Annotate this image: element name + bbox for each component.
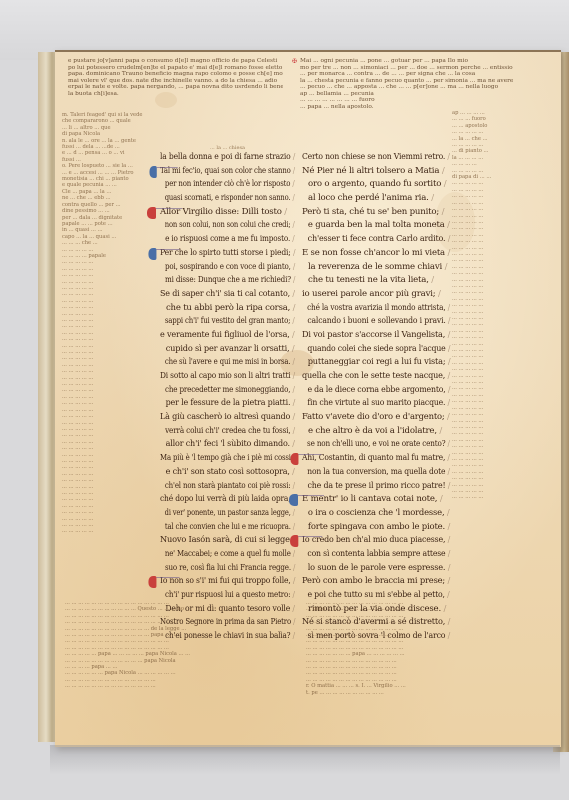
verse-text: ch'el non starà piantato coi piè rossi:: [165, 481, 291, 491]
verse-text: calcando i buoni e sollevando i pravi.: [307, 316, 445, 326]
verse-end-mark: /: [445, 590, 450, 600]
verse-line: cupido sì per avanzar li orsatti, /: [160, 343, 289, 357]
verse-text: o ira o coscienza che 'l mordesse,: [308, 508, 445, 518]
verse-end-mark: /: [290, 193, 294, 203]
verse-end-mark: /: [290, 385, 294, 395]
verse-end-mark: /: [290, 590, 294, 600]
verse-end-mark: /: [445, 467, 450, 477]
verse-text: puttaneggiar coi regi a lui fu vista;: [308, 357, 446, 367]
verse-text: e ch'i' son stato così sottosopra,: [166, 467, 290, 477]
verse-text: Certo non chiese se non Viemmi retro.: [302, 152, 445, 162]
verse-end-mark: /: [445, 248, 450, 258]
gloss-line: la buota ch[i]esa.: [68, 91, 283, 98]
verse-end-mark: /: [445, 453, 450, 463]
verse-line: ch'el non starà piantato coi piè rossi: …: [160, 480, 270, 494]
verse-text: sappi ch'i' fui vestito del gran manto;: [165, 316, 290, 326]
verse-end-mark: /: [291, 166, 295, 176]
verse-text: Tal mi fec'io, quai son color che stanno: [160, 166, 291, 176]
verse-line: la bella donna e poi di farne strazio /: [160, 151, 280, 165]
verse-line: Però ti sta, ché tu se' ben punito; /: [302, 206, 450, 220]
verse-text: tal che convien che lui e me ricuopra.: [165, 522, 291, 532]
verse-line: Là giù cascherò io altresì quando /: [160, 411, 287, 425]
verse-line: ne' Maccabei; e come a quel fu molle /: [160, 548, 270, 562]
verse-end-mark: /: [446, 385, 451, 395]
verse-text: Io non so s'i' mi fui qui troppo folle,: [160, 576, 291, 586]
blue-initial-icon: [148, 248, 156, 260]
verse-line: Di sotto al capo mio son li altri tratti…: [160, 370, 277, 384]
verse-line: Fatto v'avete dio d'oro e d'argento; /: [302, 411, 447, 425]
gloss-line: ... ... ... ... ... ... ... ... ... ... …: [65, 683, 295, 689]
verse-line: se non ch'elli uno, e voi ne orate cento…: [302, 438, 426, 452]
verse-line: E se non fosse ch'ancor lo mi vieta /: [302, 247, 449, 261]
right-margin-gloss: ap ... ... ... ...... ... ... fuoro... .…: [452, 110, 548, 575]
verse-line: tal che convien che lui e me ricuopra. /: [160, 521, 269, 535]
verse-line: ch'esser ti fece contra Carlo ardito. /: [302, 233, 441, 247]
verse-text: e poi che tutto su mi s'ebbe al petto,: [307, 590, 444, 600]
verse-text: la reverenza de le somme chiavi: [308, 262, 442, 272]
verse-end-mark: /: [282, 207, 287, 217]
verse-text: che precedetter me simoneggiando,: [165, 385, 290, 395]
verse-end-mark: /: [291, 248, 296, 258]
verse-text: verrà colui ch'i' credea che tu fossi,: [165, 426, 290, 436]
verse-text: Però con ambo le braccia mi prese;: [302, 576, 445, 586]
verse-end-mark: /: [290, 330, 295, 340]
verse-line: Ahi, Costantin, di quanto mal fu matre, …: [302, 452, 432, 466]
verse-line: che tu tenesti ne la vita lieta, /: [302, 274, 450, 288]
verse-text: ché dopo lui verrà di più laida opra,: [160, 494, 290, 504]
verse-line: lo suon de le parole vere espresse. /: [302, 562, 443, 576]
verse-end-mark: /: [290, 481, 294, 491]
verse-text: non la tua conversion, ma quella dote: [307, 467, 445, 477]
verse-end-mark: /: [435, 289, 440, 299]
verse-text: di ver' ponente, un pastor sanza legge,: [165, 508, 291, 518]
verse-end-mark: /: [445, 439, 449, 449]
verse-line: Tal mi fec'io, quai son color che stanno…: [160, 165, 269, 179]
bottom-gloss-right: ... ... ... ... ... ... ... ... ... ... …: [306, 600, 546, 696]
verse-line: puttaneggiar coi regi a lui fu vista; /: [302, 356, 443, 370]
verse-end-mark: /: [439, 207, 444, 217]
verse-line: Certo non chiese se non Viemmi retro. /: [302, 151, 434, 165]
verse-end-mark: /: [291, 426, 295, 436]
gloss-line: e pustare jo[v]anni papa o consumo d[e]l…: [68, 58, 283, 65]
verse-line: allor ch'i' feci 'l sùbito dimando. /: [160, 438, 287, 452]
verse-end-mark: /: [437, 426, 442, 436]
verse-end-mark: /: [291, 275, 295, 285]
verse-line: quando colei che siede sopra l'acque /: [302, 343, 435, 357]
verse-end-mark: /: [445, 357, 450, 367]
verse-line: fin che virtute al suo marito piacque. /: [302, 397, 435, 411]
verse-end-mark: /: [291, 262, 295, 272]
verse-end-mark: /: [290, 357, 294, 367]
verse-line: che precedetter me simoneggiando, /: [160, 384, 272, 398]
verse-end-mark: /: [445, 535, 450, 545]
verse-end-mark: /: [290, 316, 294, 326]
verse-end-mark: /: [445, 549, 450, 559]
verse-text: Ma più è 'l tempo già che i piè mi cossi: [160, 453, 291, 463]
verse-end-mark: /: [289, 344, 294, 354]
verse-end-mark: /: [429, 275, 434, 285]
verse-text: Di sotto al capo mio son li altri tratti: [160, 371, 290, 381]
verse-line: ché la vostra avarizia il mondo attrista…: [302, 302, 428, 316]
verse-line: Allor Virgilio disse: Dilli tosto /: [160, 206, 295, 220]
verse-line: sappi ch'i' fui vestito del gran manto; …: [160, 315, 270, 329]
verse-end-mark: /: [439, 166, 444, 176]
verse-end-mark: /: [290, 467, 295, 477]
gloss-line: ... ... ... ... ...: [452, 494, 548, 500]
verse-text: la bella donna e poi di farne strazio: [160, 152, 291, 162]
verse-text: che da te prese il primo ricco patre!: [308, 481, 446, 491]
left-margin-gloss: m. Taleri feaged' qui si la vedeche comp…: [62, 112, 146, 562]
verse-text: ne' Maccabei; e come a quel fu molle: [165, 549, 291, 559]
gloss-line: t. pe ... ... ... ... ... ... ... ... ..…: [306, 690, 546, 696]
verse-text: lo suon de le parole vere espresse.: [308, 563, 446, 573]
verse-end-mark: /: [291, 152, 296, 162]
verse-line: Né Pier né li altri tolsero a Matia /: [302, 165, 450, 179]
bottom-gloss-left: ... ... ... ... ... ... ... ... ... ... …: [65, 600, 295, 690]
verse-end-mark: /: [445, 576, 450, 586]
verse-line: per non intender ciò ch'è lor risposto /: [160, 178, 270, 192]
verse-line: Se di saper ch'i' sia ti cal cotanto, /: [160, 288, 286, 302]
verse-line: e che altro è da voi a l'idolatre, /: [302, 425, 450, 439]
red-initial-icon: [291, 453, 299, 465]
verse-end-mark: /: [445, 330, 450, 340]
top-gloss-right: Mai ... ogni pecunia ... pone ... gotuar…: [300, 58, 540, 110]
verse-line: forte spingava con ambo le piote. /: [302, 521, 448, 535]
verse-end-mark: /: [291, 576, 296, 586]
verse-end-mark: /: [290, 412, 295, 422]
verse-text: allor ch'i' feci 'l sùbito dimando.: [166, 439, 290, 449]
verse-end-mark: /: [445, 303, 449, 313]
verse-text: per le fessure de la pietra piatti.: [166, 398, 291, 408]
verse-end-mark: /: [290, 179, 294, 189]
verse-column-right: Certo non chiese se non Viemmi retro. /N…: [302, 151, 450, 644]
verse-end-mark: /: [446, 344, 451, 354]
verse-end-mark: /: [291, 563, 295, 573]
verse-text: Nuovo Iasón sarà, di cui si legge: [160, 535, 290, 545]
verse-text: Io credo ben ch'al mio duca piacesse,: [302, 535, 445, 545]
verse-text: Di voi pastor s'accorse il Vangelista,: [302, 330, 445, 340]
verse-end-mark: /: [445, 371, 450, 381]
verse-line: e veramente fui figliuol de l'orsa, /: [160, 329, 287, 343]
verse-line: che sù l'avere e qui me misi in borsa. /: [160, 356, 270, 370]
verse-text: E se non fosse ch'ancor lo mi vieta: [302, 248, 445, 258]
verse-line: e guarda ben la mal tolta moneta /: [302, 219, 448, 233]
verse-end-mark: /: [437, 494, 442, 504]
verse-end-mark: /: [290, 439, 295, 449]
verse-text: suo re, così fia lui chi Francia regge.: [165, 563, 291, 573]
verse-line: che da te prese il primo ricco patre! /: [302, 480, 438, 494]
verse-line: o ira o coscienza che 'l mordesse, /: [302, 507, 447, 521]
verse-text: oro o argento, quando fu sortito: [308, 179, 441, 189]
verse-text: al loco che perdé l'anima ria.: [308, 193, 429, 203]
verse-text: che sù l'avere e qui me misi in borsa.: [165, 357, 291, 367]
red-initial-icon: [147, 207, 156, 219]
verse-end-mark: /: [445, 412, 450, 422]
verse-line: Nuovo Iasón sarà, di cui si legge /: [160, 534, 289, 548]
verse-end-mark: /: [445, 481, 450, 491]
blue-initial-icon: [149, 166, 156, 178]
verse-line: io userei parole ancor più gravi; /: [302, 288, 450, 302]
page-shadow: [50, 745, 560, 775]
verse-text: e veramente fui figliuol de l'orsa,: [160, 330, 290, 340]
verse-line: con sì contenta labbia sempre attese /: [302, 548, 435, 562]
verse-text: Però ti sta, ché tu se' ben punito;: [302, 207, 439, 217]
verse-text: non son colui, non son colui che credi;: [165, 220, 291, 230]
verse-text: fin che virtute al suo marito piacque.: [307, 398, 445, 408]
verse-line: Io credo ben ch'al mio duca piacesse, /: [302, 534, 438, 548]
verse-line: Ma più è 'l tempo già che i piè mi cossi…: [160, 452, 269, 466]
verse-line: non son colui, non son colui che credi; …: [160, 219, 267, 233]
verse-line: e ch'i' son stato così sottosopra, /: [160, 466, 287, 480]
verse-line: Per che lo spirto tutti storse i piedi; …: [160, 247, 280, 261]
verse-text: e guarda ben la mal tolta moneta: [308, 220, 445, 230]
verse-line: Di voi pastor s'accorse il Vangelista, /: [302, 329, 443, 343]
verse-end-mark: /: [445, 234, 450, 244]
verse-text: che tu tenesti ne la vita lieta,: [308, 275, 429, 285]
verse-text: quella che con le sette teste nacque,: [302, 371, 445, 381]
verse-column-left: la bella donna e poi di farne strazio /T…: [160, 151, 295, 644]
verse-text: ch'esser ti fece contra Carlo ardito.: [308, 234, 446, 244]
gloss-line: ... ... ... ... ...: [62, 528, 146, 534]
blue-initial-icon: [289, 494, 298, 506]
verse-end-mark: /: [290, 289, 295, 299]
rubric-mark: ✠: [292, 58, 297, 65]
verse-end-mark: /: [291, 220, 295, 230]
verse-end-mark: /: [445, 398, 450, 408]
verse-end-mark: /: [290, 303, 295, 313]
verse-text: con sì contenta labbia sempre attese: [307, 549, 445, 559]
verse-end-mark: /: [446, 316, 451, 326]
verse-line: calcando i buoni e sollevando i pravi. /: [302, 315, 435, 329]
verse-text: Ahi, Costantin, di quanto mal fu matre,: [302, 453, 445, 463]
top-gloss-left: e pustare jo[v]anni papa o consumo d[e]l…: [68, 58, 283, 97]
verse-text: mi disse: Dunque che a me richiedi?: [165, 275, 291, 285]
verse-end-mark: /: [444, 508, 449, 518]
verse-line: E mentr' io li cantava cotai note, /: [302, 493, 450, 507]
verse-text: Se di saper ch'i' sia ti cal cotanto,: [160, 289, 290, 299]
verse-text: cupido sì per avanzar li orsatti,: [166, 344, 290, 354]
verse-text: che tu abbi però la ripa corsa,: [166, 303, 290, 313]
verse-text: per non intender ciò ch'è lor risposto: [165, 179, 290, 189]
verse-line: che tu abbi però la ripa corsa, /: [160, 302, 294, 316]
verse-end-mark: /: [445, 522, 450, 532]
verse-end-mark: /: [291, 522, 295, 532]
verse-line: Però con ambo le braccia mi prese; /: [302, 575, 446, 589]
verse-end-mark: /: [290, 371, 295, 381]
verse-text: e io rispuosi come a me fu imposto.: [165, 234, 290, 244]
verse-line: di ver' ponente, un pastor sanza legge, …: [160, 507, 265, 521]
verse-text: e che altro è da voi a l'idolatre,: [308, 426, 437, 436]
verse-end-mark: /: [441, 179, 446, 189]
verse-end-mark: /: [290, 234, 294, 244]
gloss-line: erpai le nate e volte. papa nergando, ..…: [68, 84, 283, 91]
verse-text: ché la vostra avarizia il mondo attrista…: [307, 303, 445, 313]
verse-text: Fatto v'avete dio d'oro e d'argento;: [302, 412, 445, 422]
verse-text: Né Pier né li altri tolsero a Matia: [302, 166, 439, 176]
verse-line: oro o argento, quando fu sortito /: [302, 178, 450, 192]
verse-line: suo re, così fia lui chi Francia regge. …: [160, 562, 272, 576]
verse-line: per le fessure de la pietra piatti. /: [160, 397, 286, 411]
red-initial-icon: [290, 535, 298, 547]
verse-end-mark: /: [445, 152, 450, 162]
verse-line: e da le diece corna ebbe argomento, /: [302, 384, 436, 398]
verse-line: quasi scornati, e risponder non sanno. /: [160, 192, 267, 206]
verse-text: Là giù cascherò io altresì quando: [160, 412, 290, 422]
verse-line: quella che con le sette teste nacque, /: [302, 370, 442, 384]
verse-line: mi disse: Dunque che a me richiedi? /: [160, 274, 272, 288]
verse-line: al loco che perdé l'anima ria. /: [302, 192, 450, 206]
verse-line: Io non so s'i' mi fui qui troppo folle, …: [160, 575, 280, 589]
verse-end-mark: /: [291, 508, 295, 518]
verse-line: ché dopo lui verrà di più laida opra, /: [160, 493, 278, 507]
gloss-line: papa. dominicano Trauno beneficio magna …: [68, 71, 283, 78]
verse-text: quando colei che siede sopra l'acque: [307, 344, 445, 354]
verse-end-mark: /: [445, 563, 450, 573]
verse-end-mark: /: [429, 193, 434, 203]
verse-line: la reverenza de le somme chiavi /: [302, 261, 450, 275]
verse-line: e io rispuosi come a me fu imposto. /: [160, 233, 275, 247]
verse-line: non la tua conversion, ma quella dote /: [302, 466, 432, 480]
red-initial-icon: [148, 576, 156, 588]
verse-end-mark: /: [442, 262, 447, 272]
verse-end-mark: /: [291, 549, 295, 559]
verse-text: io userei parole ancor più gravi;: [302, 289, 435, 299]
verse-end-mark: /: [445, 220, 450, 230]
verse-line: poi, sospirando e con voce di pianto, /: [160, 261, 272, 275]
verse-text: Per che lo spirto tutti storse i piedi;: [160, 248, 291, 258]
verse-line: verrà colui ch'i' credea che tu fossi, /: [160, 425, 275, 439]
verse-text: ch'i' pur rispuosi lui a questo metro:: [165, 590, 290, 600]
verse-end-mark: /: [290, 398, 295, 408]
verse-text: poi, sospirando e con voce di pianto,: [165, 262, 291, 272]
verse-text: quasi scornati, e risponder non sanno.: [165, 193, 291, 203]
verse-text: e da le diece corna ebbe argomento,: [307, 385, 445, 395]
verse-text: forte spingava con ambo le piote.: [308, 522, 445, 532]
verse-text: se non ch'elli uno, e voi ne orate cento…: [307, 439, 445, 449]
